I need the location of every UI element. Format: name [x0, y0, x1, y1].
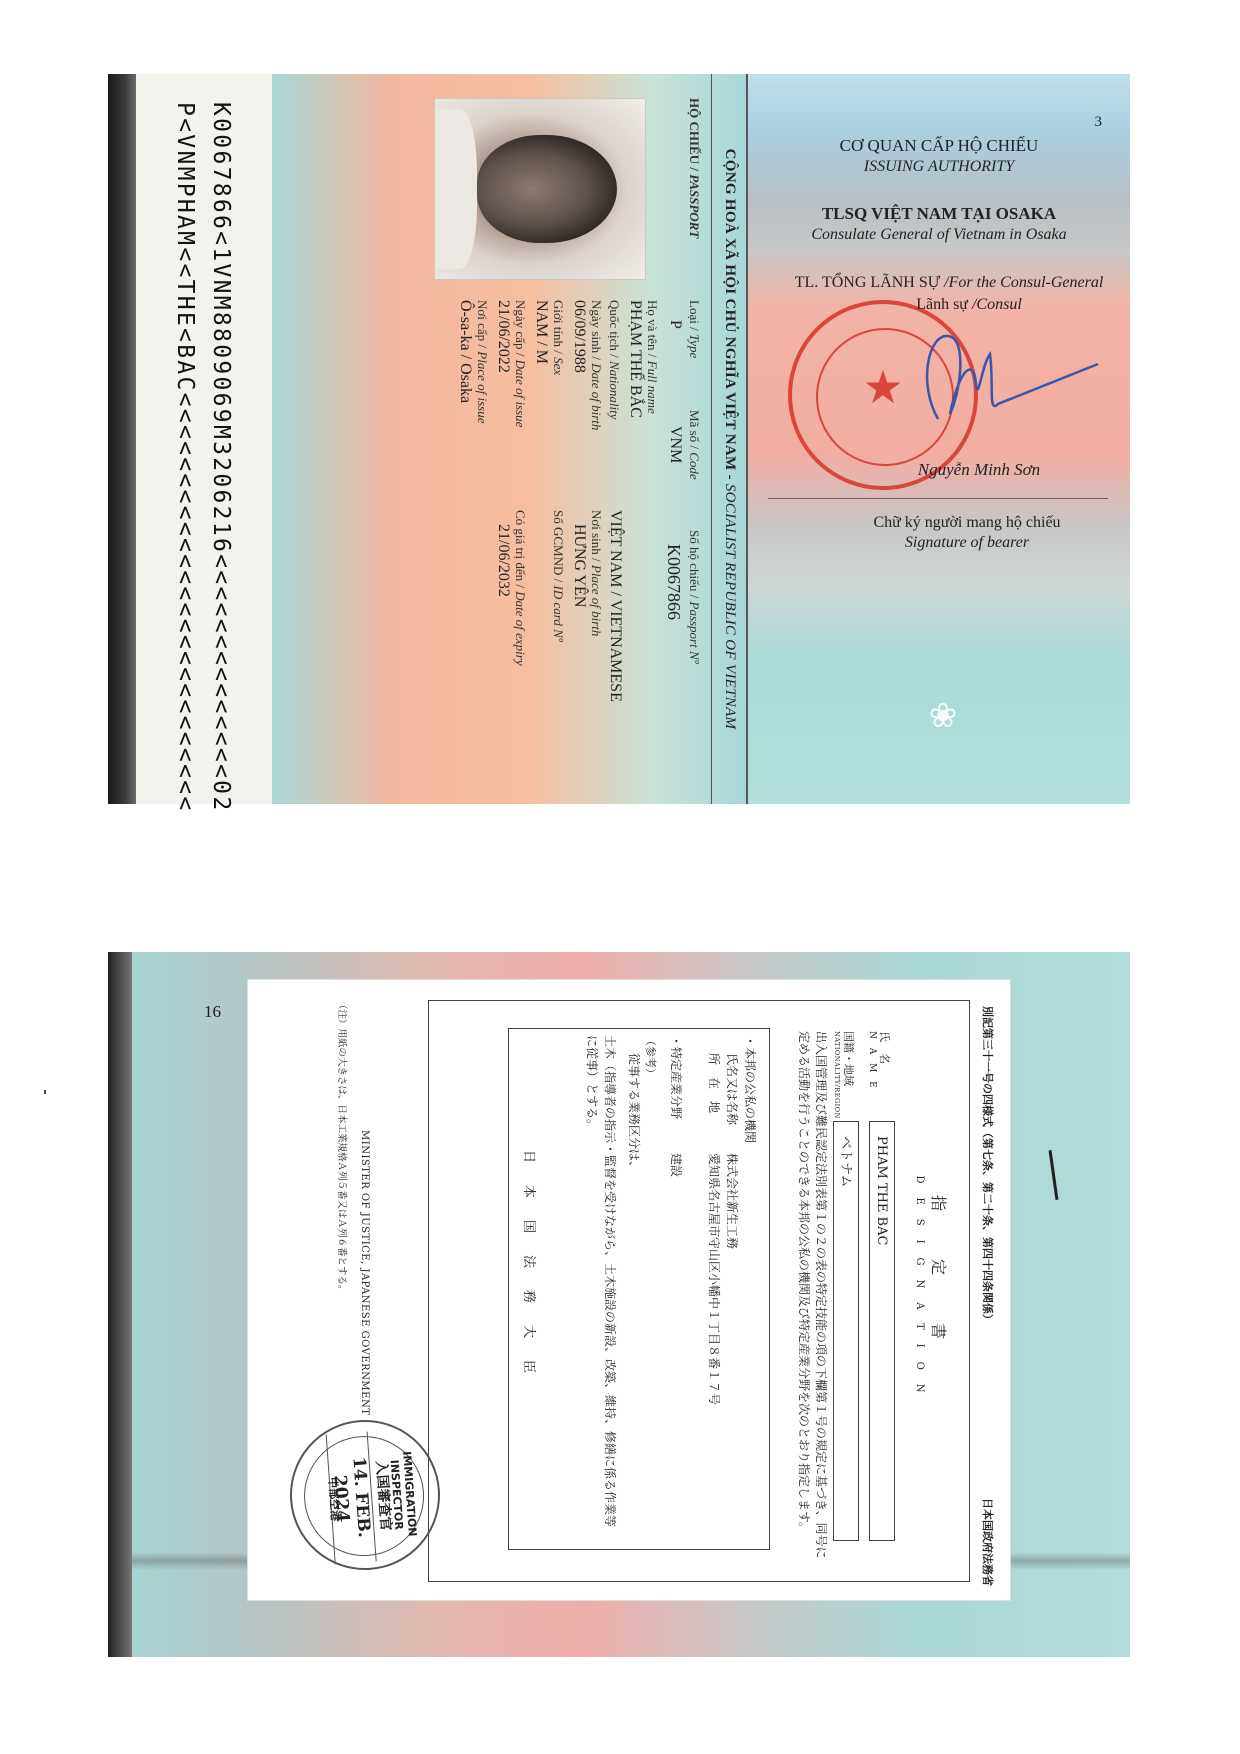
issuing-authority-page: 3 CƠ QUAN CẤP HỘ CHIẾU ISSUING AUTHORITY…	[748, 74, 1130, 804]
header-divider	[711, 74, 712, 804]
nationality-field: ベトナム	[833, 1121, 859, 1541]
reference-line: 従事する業務区分は、	[626, 1053, 643, 1173]
paper-size-note: （注）用紙の大きさは、日本工業規格Ａ列５番又はＡ列６番とする。	[336, 1000, 350, 1295]
form-reference: 別記第三十一号の四様式（第七条、第二十条、第四十四条関係）	[980, 1006, 996, 1325]
industry-value: 建設	[668, 1153, 685, 1177]
scan-speck	[44, 1090, 46, 1094]
minister-signature-block: 日本国法務大臣	[521, 1150, 540, 1395]
signatory-name: Nguyễn Minh Sơn	[788, 460, 1130, 480]
date-of-issue-value: 21/06/2022	[494, 300, 512, 373]
passport-data-page: CỘNG HOÀ XÃ HỘI CHỦ NGHĨA VIỆT NAM - SOC…	[272, 74, 746, 804]
code-label: Mã số / Code	[686, 410, 702, 480]
consul-signature	[898, 324, 1108, 434]
sex-value: NAM / M	[532, 300, 550, 364]
issuer-tag: 日本国政府法務省	[980, 1498, 996, 1586]
date-of-expiry-label: Có giá trị đến / Date of expiry	[512, 510, 528, 666]
date-of-expiry-value: 21/06/2032	[494, 524, 512, 597]
code-value: VNM	[666, 426, 684, 463]
reference-label: （参考）	[643, 1035, 659, 1079]
designation-title-en: DESIGNATION	[914, 1001, 925, 1581]
immigration-stamp: IMMIGRATION INSPECTOR 入国審査官 14. FEB. 202…	[285, 1415, 445, 1575]
country-header: CỘNG HOÀ XÃ HỘI CHỦ NGHĨA VIỆT NAM - SOC…	[721, 74, 738, 804]
holder-photo	[434, 98, 646, 280]
bearer-signature-label-en: Signature of bearer	[776, 534, 1130, 552]
name-field: PHAM THE BAC	[869, 1121, 895, 1541]
industry-label: ・特定産業分野	[668, 1035, 685, 1119]
for-consul-general: TL. TỔNG LÃNH SỰ /For the Consul-General	[758, 274, 1130, 292]
authority-name-en: Consulate General of Vietnam in Osaka	[748, 226, 1130, 244]
signatory-rule	[768, 498, 1108, 499]
org-address-value: 愛知県名古屋市守山区小幡中１丁目８番１７号	[706, 1153, 723, 1533]
date-of-issue-label: Ngày cấp / Date of issue	[512, 300, 528, 427]
issuing-authority-title: CƠ QUAN CẤP HỘ CHIẾU	[748, 136, 1130, 156]
page-spine-shadow	[108, 952, 132, 1657]
sex-label: Giới tính / Sex	[550, 300, 566, 375]
machine-readable-zone: P<VNMPHAM<<THE<BAC<<<<<<<<<<<<<<<<<<<<<<…	[136, 74, 272, 804]
full-name-value: PHẠM THẾ BẮC	[626, 300, 644, 418]
minister-signature-en: MINISTER OF JUSTICE, JAPANESE GOVERNMENT	[359, 1130, 370, 1415]
page-number: 16	[204, 1002, 221, 1022]
passport-no-value: K0067866	[663, 544, 684, 620]
mrz-line-1: P<VNMPHAM<<THE<BAC<<<<<<<<<<<<<<<<<<<<<<…	[172, 102, 198, 812]
nationality-label: Quốc tịch / Nationality	[606, 300, 622, 420]
organization-heading: ・本邦の公私の機関	[742, 1035, 759, 1143]
lotus-ornament-icon: ❀	[898, 696, 988, 736]
page-spine-shadow	[108, 74, 136, 804]
designation-sheet: 別記第三十一号の四様式（第七条、第二十条、第四十四条関係） 日本国政府法務省 指…	[248, 980, 1010, 1600]
dob-label: Ngày sinh / Date of birth	[588, 300, 604, 430]
designation-title: 指定書	[928, 1001, 951, 1581]
id-card-label: Số GCMND / ID card Nº	[550, 510, 566, 642]
place-of-birth-value: HƯNG YÊN	[570, 524, 588, 607]
place-of-issue-label: Nơi cấp / Place of issue	[474, 300, 490, 424]
passport-no-label: Số hộ chiếu / Passport Nº	[686, 530, 702, 664]
nationality-label-en: NATIONALITY/REGION	[833, 1031, 841, 1119]
passport-spread-data-page: P<VNMPHAM<<THE<BAC<<<<<<<<<<<<<<<<<<<<<<…	[108, 74, 1130, 804]
reference-text: 土木（指導者の指示・監督を受けながら、土木施設の新設、改築、維持、修繕に係る作業…	[583, 1035, 619, 1535]
authority-name: TLSQ VIỆT NAM TẠI OSAKA	[748, 204, 1130, 224]
org-address-label: 所 在 地	[706, 1053, 723, 1113]
place-of-birth-label: Nơi sinh / Place of birth	[588, 510, 604, 636]
full-name-label: Họ và tên / Full name	[644, 300, 660, 414]
document-label: HỘ CHIẾU / PASSPORT	[686, 98, 702, 238]
designation-intro: 出入国管理及び難民認定法別表第１の２の表の特定技能の項の下欄第１号の規定に基づき…	[795, 1031, 829, 1561]
dob-value: 06/09/1988	[570, 300, 588, 373]
type-label: Loại / Type	[686, 300, 702, 358]
nationality-value: VIỆT NAM / VIETNAMESE	[606, 510, 624, 702]
place-of-issue-value: Ô-sa-ka / Osaka	[456, 300, 474, 403]
org-name-value: 株式会社新生工務	[724, 1153, 741, 1249]
type-value: P	[666, 320, 684, 329]
page-number: 3	[1095, 114, 1103, 131]
mrz-line-2: K0067866<1VNM8809069M3206216<<<<<<<<<<<<…	[208, 102, 234, 812]
name-label-en: N A M E	[867, 1031, 877, 1091]
bearer-signature-label: Chữ ký người mang hộ chiếu	[776, 514, 1130, 532]
name-label: 氏 名	[877, 1031, 893, 1064]
consul-title: Lãnh sự /Consul	[778, 296, 1130, 314]
org-name-label: 氏名又は名称	[724, 1053, 741, 1125]
designation-details: ・本邦の公私の機関 氏名又は名称 株式会社新生工務 所 在 地 愛知県名古屋市守…	[508, 1028, 770, 1550]
issuing-authority-title-en: ISSUING AUTHORITY	[748, 158, 1130, 176]
nationality-label: 国籍・地域	[841, 1031, 857, 1086]
